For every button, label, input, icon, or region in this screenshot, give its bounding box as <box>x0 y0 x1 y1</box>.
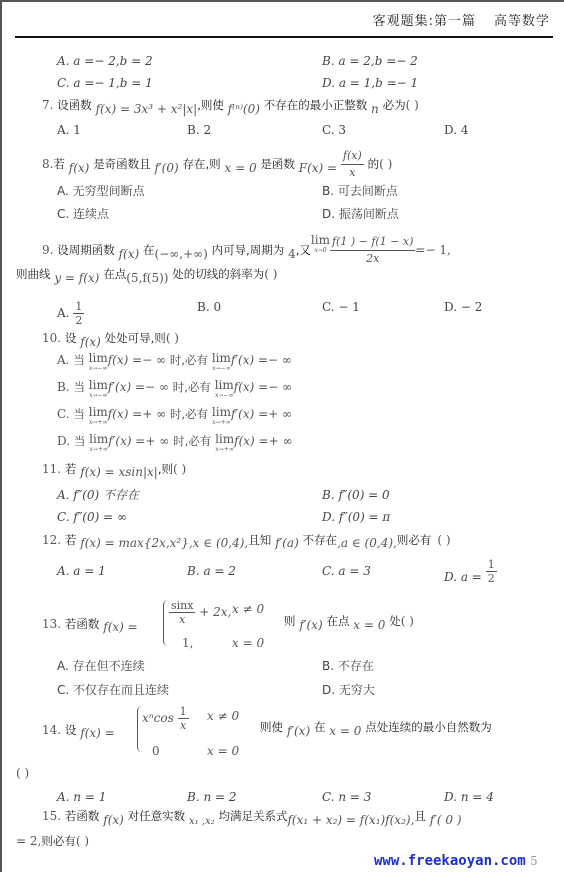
q11-function: f(x) = xsin|x| <box>80 465 158 479</box>
q7-text: 不存在的最小正整数 <box>264 98 368 112</box>
denominator: 2x <box>330 251 415 267</box>
limit: limx→+∞ <box>215 433 234 453</box>
q13-text: 若函数 <box>65 617 100 631</box>
answer-blank: ( ) <box>173 462 186 476</box>
q8-function: f(x) <box>69 161 90 175</box>
q13-fraction: sinxx <box>169 599 195 626</box>
q12-number: 12. <box>42 533 61 547</box>
then-text: 时,必有 <box>173 380 211 394</box>
q13-function: f(x) = <box>103 620 137 634</box>
limit-expr: f(x) =− ∞ <box>234 380 292 394</box>
q13-option-d: D. 无穷大 <box>322 681 375 698</box>
question-9: 9. 设周期函数 f(x) 在(−∞,+∞) 内可导,周期为 4,又limx→0… <box>42 234 451 267</box>
q12-option-a: A. a = 1 <box>57 564 106 578</box>
lim: lim <box>212 406 231 419</box>
q12-derivative: f′(a) <box>275 536 299 550</box>
q8-text: 若 <box>53 157 65 171</box>
lim-sub: x→−∞ <box>212 365 231 372</box>
q13-text: 在点 <box>326 614 349 628</box>
q8-fraction: f(x)x <box>341 148 364 181</box>
denominator: 2 <box>73 314 84 327</box>
q11-option-a: A. f″(0) 不存在 <box>57 486 139 503</box>
then-text: 时,必有 <box>170 353 208 367</box>
limit: limx→−∞ <box>215 379 234 399</box>
q11-text: 若 <box>65 462 77 476</box>
q10-option-a: A. 当 limx→−∞f(x) =− ∞ 时,必有 limx→−∞f′(x) … <box>57 352 292 372</box>
numerator: 1 <box>73 300 84 314</box>
lim-sub: x→0 <box>311 247 330 254</box>
answer-blank: ( ) <box>16 765 29 781</box>
q11-option-c: C. f″(0) = ∞ <box>57 510 127 524</box>
option-label: D. a = <box>444 570 482 584</box>
q15-text: 均满足关系式 <box>218 809 287 823</box>
q11-text: ,则 <box>158 462 173 476</box>
header-rule <box>15 36 553 38</box>
q13-derivative: f′(x) <box>299 618 322 632</box>
limit-expr: f′(x) =+ ∞ <box>231 407 292 421</box>
q12-text: 不存在 <box>303 533 338 547</box>
q8-option-c: C. 连续点 <box>57 205 109 222</box>
q7-derivative: f⁽ⁿ⁾(0) <box>228 102 260 116</box>
limit: limx→+∞ <box>212 406 231 426</box>
q14-option-d: D. n = 4 <box>444 790 494 804</box>
q7-option-b: B. 2 <box>187 123 211 137</box>
q9-text: 处的切线的斜率为 <box>172 267 264 281</box>
q9-option-b: B. 0 <box>197 300 221 314</box>
q9-optA-fraction: 12 <box>73 300 84 327</box>
q9-curve: y = f(x) <box>54 271 99 285</box>
q14-cond-2: x = 0 <box>207 744 239 758</box>
limit: limx→+∞ <box>89 406 108 426</box>
denominator: 2 <box>486 572 497 585</box>
q8-text: 存在,则 <box>183 157 221 171</box>
q7-text: ,则使 <box>197 98 224 112</box>
q8-derivative: f′(0) <box>155 161 179 175</box>
prev-option-b: B. a = 2,b =− 2 <box>322 54 418 68</box>
q10-option-c: C. 当 limx→+∞f(x) =+ ∞ 时,必有 limx→+∞f′(x) … <box>57 406 292 426</box>
q11-option-d: D. f″(0) = π <box>322 510 390 524</box>
limit: limx→−∞ <box>89 352 108 372</box>
q11-number: 11. <box>42 462 61 476</box>
lim: lim <box>215 379 234 392</box>
q13-option-a: A. 存在但不连续 <box>57 657 145 674</box>
q13-cond-1: x ≠ 0 <box>232 602 264 616</box>
lim: lim <box>215 433 234 446</box>
question-14: 14. 设 f(x) = <box>42 722 115 738</box>
numerator: 1 <box>178 705 189 719</box>
q9-option-a: A. 12 <box>57 300 84 327</box>
option-label: A. <box>57 306 69 320</box>
q14-option-c: C. n = 3 <box>322 790 371 804</box>
question-10: 10. 设 f(x) 处处可导,则( ) <box>42 330 179 346</box>
q8-number: 8. <box>42 157 53 171</box>
question-15: 15. 若函数 f(x) 对任意实数 x₁ ,x₂ 均满足关系式f(x₁ + x… <box>42 808 462 826</box>
q7-text: 设函数 <box>57 98 92 112</box>
limit: limx→+∞ <box>89 433 108 453</box>
q9-interval: (−∞,+∞) <box>155 247 208 261</box>
q13-piece-2: 1, <box>182 636 193 650</box>
q15-relation: f(x₁ + x₂) = f(x₁)f(x₂), <box>287 813 414 827</box>
q13-number: 13. <box>42 617 61 631</box>
lim-sub: x→+∞ <box>89 446 108 453</box>
lim-sub: x→−∞ <box>89 365 108 372</box>
limit-expr: f(x) =+ ∞ <box>234 434 292 448</box>
q12-option-c: C. a = 3 <box>322 564 371 578</box>
q13-text: 处 <box>389 614 401 628</box>
q15-derivative: f′( 0 ) <box>430 813 462 827</box>
q10-number: 10. <box>42 331 61 345</box>
lim: lim <box>89 352 108 365</box>
question-11: 11. 若 f(x) = xsin|x|,则( ) <box>42 461 186 477</box>
q15-text: 若函数 <box>65 809 100 823</box>
denominator: x <box>169 613 195 626</box>
question-15-cont: = 2,则必有( ) <box>16 833 89 849</box>
q9-text: 设周期函数 <box>57 243 115 257</box>
q15-number: 15. <box>42 809 61 823</box>
limit: limx→−∞ <box>89 379 108 399</box>
answer-blank: ( ) <box>166 331 179 345</box>
q7-function: f(x) = 3x³ + x²|x| <box>96 102 198 116</box>
prev-option-d: D. a = 1,b =− 1 <box>322 76 418 90</box>
q14-fraction: 1x <box>178 705 189 732</box>
option-label: C. <box>57 407 70 421</box>
q13-piece-1-rest: + 2x, <box>199 605 231 619</box>
answer-blank: ( ) <box>264 267 277 281</box>
answer-blank: ( ) <box>401 614 414 628</box>
q13-cond-2: x = 0 <box>232 636 264 650</box>
q15-function: f(x) <box>103 813 124 827</box>
denominator: x <box>178 719 189 732</box>
q9-text: 则曲线 <box>16 267 51 281</box>
then-text: 时,必有 <box>170 407 208 421</box>
lim-sub: x→+∞ <box>212 419 231 426</box>
q14-piece-1: xⁿcos 1x <box>142 705 189 732</box>
when-text: 当 <box>73 407 85 421</box>
q8-option-d: D. 振荡间断点 <box>322 205 399 222</box>
q14-text: 点处连续的最小自然数为 <box>365 720 492 734</box>
q7-n: n <box>371 102 379 116</box>
q9-text: ,又 <box>296 243 311 257</box>
q12-function: f(x) = max{2x,x²},x ∈ (0,4), <box>80 536 248 550</box>
q9-number: 9. <box>42 243 53 257</box>
limit-expr: f′(x) =− ∞ <box>231 353 292 367</box>
denominator: x <box>341 165 364 181</box>
q13-option-c: C. 不仅存在而且连续 <box>57 681 169 698</box>
lim-sub: x→+∞ <box>215 446 234 453</box>
limit: limx→−∞ <box>212 352 231 372</box>
q15-continuation: = 2, <box>16 834 41 848</box>
q13-piece-1: sinxx + 2x, <box>169 599 231 626</box>
q14-number: 14. <box>42 723 61 737</box>
numerator: 1 <box>486 558 497 572</box>
q14-text: 在 <box>314 720 326 734</box>
q14-point: x = 0 <box>329 724 361 738</box>
option-label: A. <box>57 353 69 367</box>
lim-sub: x→−∞ <box>215 392 234 399</box>
limit-expr: f′(x) =− ∞ <box>108 380 169 394</box>
q14-piece-2: 0 <box>152 744 160 758</box>
lim-sub: x→−∞ <box>89 392 108 399</box>
q8-option-a: A. 无穷型间断点 <box>57 182 145 199</box>
q8-text: 是奇函数且 <box>93 157 151 171</box>
question-8: 8.若 f(x) 是奇函数且 f′(0) 存在,则 x = 0 是函数 F(x)… <box>42 148 392 181</box>
q10-option-b: B. 当 limx→−∞f′(x) =− ∞ 时,必有 limx→−∞f(x) … <box>57 379 292 399</box>
page-number: 5 <box>530 854 538 868</box>
lim: lim <box>311 234 330 247</box>
when-text: 当 <box>73 380 85 394</box>
q8-text: 的 <box>368 157 380 171</box>
q8-point: x = 0 <box>225 161 257 175</box>
q9-option-c: C. − 1 <box>322 300 360 314</box>
q15-text: 对任意实数 <box>128 809 186 823</box>
q13-brace <box>163 600 168 646</box>
q14-function: f(x) = <box>80 726 114 740</box>
q7-number: 7. <box>42 98 53 112</box>
when-text: 当 <box>74 434 86 448</box>
question-13-tail: 则 f′(x) 在点 x = 0 处( ) <box>284 613 414 629</box>
q10-function: f(x) <box>80 335 101 349</box>
q12-a-range: ,a ∈ (0,4), <box>337 536 397 550</box>
q10-text: 设 <box>65 331 77 345</box>
q14-cond-1: x ≠ 0 <box>207 709 239 723</box>
limit-expr: f′(x) =+ ∞ <box>108 434 169 448</box>
prev-option-c: C. a =− 1,b = 1 <box>57 76 153 90</box>
q10-option-d: D. 当 limx→+∞f′(x) =+ ∞ 时,必有 limx→+∞f(x) … <box>57 433 292 453</box>
q14-text: 设 <box>65 723 77 737</box>
lim: lim <box>212 352 231 365</box>
q14-piece-1-pre: xⁿcos <box>142 711 174 725</box>
q8-option-b: B. 可去间断点 <box>322 182 398 199</box>
numerator: sinx <box>169 599 195 613</box>
limit-expr: f(x) =− ∞ <box>108 353 166 367</box>
q14-option-a: A. n = 1 <box>57 790 106 804</box>
question-13: 13. 若函数 f(x) = <box>42 616 138 632</box>
q9-fraction: f(1 ) − f(1 − x)2x <box>330 234 415 267</box>
q8-text: 是函数 <box>260 157 295 171</box>
q10-text: 处处可导,则 <box>105 331 166 345</box>
q9-point: (5,f(5)) <box>126 271 168 285</box>
q7-option-a: A. 1 <box>57 123 81 137</box>
q13-point: x = 0 <box>353 618 385 632</box>
answer-blank: ( ) <box>76 834 89 848</box>
lim-sub: x→+∞ <box>89 419 108 426</box>
q13-option-b: B. 不存在 <box>322 657 374 674</box>
limit-expr: f(x) =+ ∞ <box>108 407 166 421</box>
q8-F: F(x) = <box>299 161 337 175</box>
q9-equals: =− 1, <box>415 243 450 257</box>
when-text: 当 <box>73 353 85 367</box>
q9-text: 内可导,周期为 <box>212 243 285 257</box>
q7-option-c: C. 3 <box>322 123 346 137</box>
q13-text: 则 <box>284 614 296 628</box>
q11-option-b: B. f″(0) = 0 <box>322 488 390 502</box>
answer-blank: ( ) <box>406 98 419 112</box>
then-text: 时,必有 <box>173 434 211 448</box>
q9-limit: limx→0 <box>311 234 330 254</box>
q9-option-d: D. − 2 <box>444 300 482 314</box>
q12-option-b: B. a = 2 <box>187 564 236 578</box>
header-part: 第一篇 <box>434 14 476 29</box>
lim: lim <box>89 379 108 392</box>
header-subject: 高等数学 <box>494 14 550 29</box>
q12-text: 若 <box>65 533 77 547</box>
numerator: f(x) <box>341 148 364 165</box>
option-label: B. <box>57 380 70 394</box>
q15-text: 则必有 <box>41 834 76 848</box>
lim: lim <box>89 406 108 419</box>
q12-optD-fraction: 12 <box>486 558 497 585</box>
numerator: f(1 ) − f(1 − x) <box>330 234 415 251</box>
q12-text: 则必有 <box>397 533 432 547</box>
question-9-cont: 则曲线 y = f(x) 在点(5,f(5)) 处的切线的斜率为( ) <box>16 266 277 282</box>
q12-option-d: D. a = 12 <box>444 558 497 585</box>
q14-option-b: B. n = 2 <box>187 790 237 804</box>
q15-text: 且 <box>414 809 426 823</box>
q7-option-d: D. 4 <box>444 123 468 137</box>
answer-blank: ( ) <box>379 157 392 171</box>
q9-period: 4 <box>288 247 296 261</box>
q9-text: 在点 <box>103 267 126 281</box>
q9-text: 在 <box>143 243 155 257</box>
prev-option-a: A. a =− 2,b = 2 <box>57 54 153 68</box>
q14-text: 则使 <box>260 720 283 734</box>
header-book: 客观题集 <box>373 14 429 29</box>
q9-function: f(x) <box>119 247 140 261</box>
q14-derivative: f′(x) <box>287 724 310 738</box>
answer-blank: ( ) <box>437 533 450 547</box>
q15-vars: x₁ ,x₂ <box>189 816 215 827</box>
question-14-tail: 则使 f′(x) 在 x = 0 点处连续的最小自然数为 <box>260 719 492 735</box>
q7-text: 必为 <box>383 98 406 112</box>
option-label: D. <box>57 434 70 448</box>
watermark-url[interactable]: www.freekaoyan.com <box>374 853 526 869</box>
lim: lim <box>89 433 108 446</box>
question-12: 12. 若 f(x) = max{2x,x²},x ∈ (0,4),且知 f′(… <box>42 532 451 548</box>
running-header: 客观题集:第一篇高等数学 <box>369 10 550 29</box>
q12-text: 且知 <box>248 533 271 547</box>
question-7: 7. 设函数 f(x) = 3x³ + x²|x|,则使 f⁽ⁿ⁾(0) 不存在… <box>42 97 419 113</box>
